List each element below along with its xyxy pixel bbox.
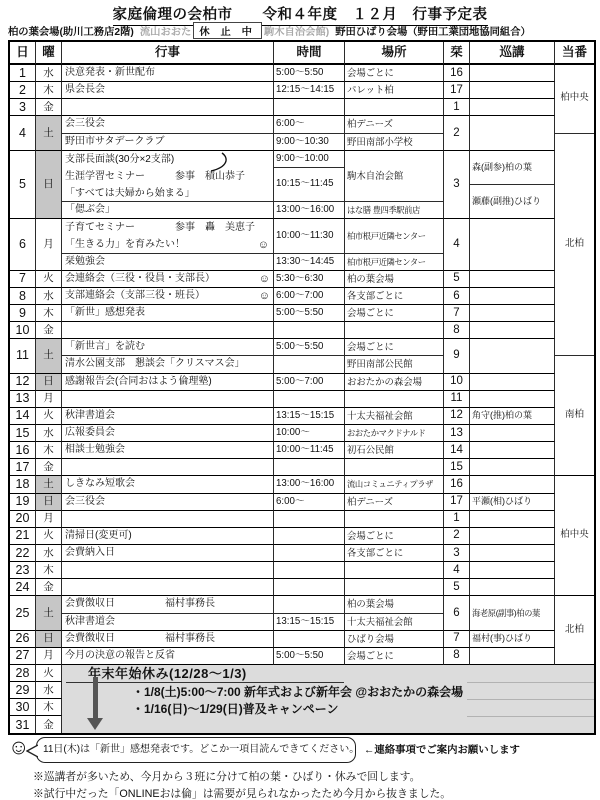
place-cell-r14: 各支部ごとに	[345, 288, 444, 305]
time-cell-r35: 5:00～5:50	[274, 648, 345, 665]
day-cell-r23: 16	[10, 442, 36, 459]
bookmark-cell-r17: 9	[444, 339, 470, 373]
bookmark-cell-r24: 15	[444, 459, 470, 476]
weekday-cell-r29: 水	[36, 545, 62, 562]
footnote-2: ※試行中だった「ONLINEおは倫」は需要が見られなかったため今月から抜きました…	[33, 786, 451, 800]
time-cell-r9: 13:00～16:00	[274, 202, 345, 219]
tour-cell-r26: 平瀬(相)ひばり	[470, 494, 555, 511]
tour-cell-r15	[470, 305, 555, 322]
day-cell-r20: 13	[10, 391, 36, 408]
time-cell-r12: 13:30～14:45	[274, 254, 345, 271]
tour-cell-r20	[470, 391, 555, 408]
place-cell-r6: 駒木自治会館	[345, 151, 444, 202]
speech-bubble: 11日(木)は「新世」感想発表です。どこか一項目読んできてください。	[36, 737, 356, 763]
duty-cell-r1: 柏中央	[555, 65, 594, 134]
event-cell-r6: 支部長面談(30分×2支部)生涯学習セミナー 参事 積山恭子「すべては夫婦から始…	[62, 151, 274, 202]
time-cell-r33: 13:15～15:15	[274, 614, 345, 631]
day-cell-r15: 9	[10, 305, 36, 322]
place-cell-r18: 野田南部公民館	[345, 356, 444, 373]
event-cell-r13: 会連絡会（三役・役員・支部長）☺	[62, 271, 274, 288]
tour-cell-r35	[470, 648, 555, 665]
time-cell-r1: 5:00～5:50	[274, 65, 345, 82]
time-cell-r17: 5:00～5:50	[274, 339, 345, 356]
day-cell-r28: 21	[10, 528, 36, 545]
weekday-cell-r10: 月	[36, 219, 62, 270]
weekday-cell-r6: 日	[36, 151, 62, 220]
day-cell-r21: 14	[10, 408, 36, 425]
yearend-underline	[66, 682, 344, 683]
day-cell-r39: 31	[10, 716, 36, 733]
place-cell-r9: はな膳 豊四季駅前店	[345, 202, 444, 219]
bookmark-cell-r29: 3	[444, 545, 470, 562]
place-cell-r35: 会場ごとに	[345, 648, 444, 665]
weekday-cell-r26: 日	[36, 494, 62, 511]
time-cell-r2: 12:15～14:15	[274, 82, 345, 99]
time-cell-r24	[274, 459, 345, 476]
event-cell-r29: 会費納入日	[62, 545, 274, 562]
bookmark-cell-r25: 16	[444, 476, 470, 493]
day-cell-r16: 10	[10, 322, 36, 339]
place-cell-r20	[345, 391, 444, 408]
weekday-cell-r15: 木	[36, 305, 62, 322]
bookmark-cell-r13: 5	[444, 271, 470, 288]
weekday-cell-r3: 金	[36, 99, 62, 116]
tour-cell-r8: 瀬藤(副推)ひばり	[470, 185, 555, 219]
yearend-bullet-2: ・1/16(日)～1/29(日)普及キャンペーン	[132, 701, 338, 718]
day-cell-r29: 22	[10, 545, 36, 562]
place-cell-r31	[345, 579, 444, 596]
weekday-cell-r31: 金	[36, 579, 62, 596]
event-cell-r4: 会三役会	[62, 116, 274, 133]
weekday-cell-r35: 月	[36, 648, 62, 665]
day-cell-r3: 3	[10, 99, 36, 116]
place-cell-r28: 会場ごとに	[345, 528, 444, 545]
place-cell-r25: 流山コミュニティプラザ	[345, 476, 444, 493]
column-header-duty: 当番	[555, 42, 594, 65]
time-cell-r31	[274, 579, 345, 596]
column-header-bookmark: 栞	[444, 42, 470, 65]
place-cell-r13: 柏の葉会場	[345, 271, 444, 288]
day-cell-r22: 15	[10, 425, 36, 442]
tour-cell-r1	[470, 65, 555, 82]
weekday-cell-r36: 火	[36, 665, 62, 682]
bookmark-cell-r34: 7	[444, 631, 470, 648]
event-cell-r30	[62, 562, 274, 579]
event-cell-r20	[62, 391, 274, 408]
place-cell-r26: 柏デニーズ	[345, 494, 444, 511]
place-cell-r17: 会場ごとに	[345, 339, 444, 356]
weekday-cell-r38: 木	[36, 699, 62, 716]
tour-cell-r21: 角守(推)柏の葉	[470, 408, 555, 425]
tour-cell-r32: 海老原(副事)柏の葉	[470, 596, 555, 630]
weekday-cell-r28: 火	[36, 528, 62, 545]
tour-cell-r2	[470, 82, 555, 99]
event-cell-r28: 清掃日(変更可)	[62, 528, 274, 545]
bookmark-cell-r14: 6	[444, 288, 470, 305]
time-cell-r13: 5:30～6:30	[274, 271, 345, 288]
event-cell-r35: 今月の決意の報告と反省	[62, 648, 274, 665]
column-header-event: 行事	[62, 42, 274, 65]
event-cell-r1: 決意発表・新世配布	[62, 65, 274, 82]
bookmark-cell-r26: 17	[444, 494, 470, 511]
time-cell-r30	[274, 562, 345, 579]
place-cell-r4: 柏デニーズ	[345, 116, 444, 133]
weekday-cell-r4: 土	[36, 116, 62, 150]
event-line-2: 「すべては夫婦から始まる」	[65, 185, 273, 202]
place-cell-r15: 会場ごとに	[345, 305, 444, 322]
place-cell-r10: 柏市根戸近隣センター	[345, 219, 444, 253]
tour-cell-r27	[470, 511, 555, 528]
event-cell-r31	[62, 579, 274, 596]
time-cell-r21: 13:15～15:15	[274, 408, 345, 425]
yearend-band: 年末年始休み(12/28～1/3)・1/8(土)5:00～7:00 新年式および…	[62, 665, 594, 734]
event-cell-r34: 会費徴収日 福村事務長	[62, 631, 274, 648]
venue-noda-hibari: 野田ひばり会場（野田工業団地協同組合）	[335, 23, 531, 38]
tour-cell-r14	[470, 288, 555, 305]
column-header-weekday: 曜	[36, 42, 62, 65]
place-cell-r33: 十太夫福祉会館	[345, 614, 444, 631]
time-cell-r32	[274, 596, 345, 613]
event-cell-r12: 栞勉強会	[62, 254, 274, 271]
event-cell-r24	[62, 459, 274, 476]
bookmark-cell-r3: 1	[444, 99, 470, 116]
tour-cell-r25	[470, 476, 555, 493]
place-cell-r12: 柏市根戸近隣センター	[345, 254, 444, 271]
place-cell-r32: 柏の葉会場	[345, 596, 444, 613]
event-cell-r21: 秋津書道会	[62, 408, 274, 425]
tour-cell-r6: 森(副参)柏の葉	[470, 151, 555, 185]
weekday-cell-r23: 木	[36, 442, 62, 459]
day-cell-r27: 20	[10, 511, 36, 528]
day-cell-r34: 26	[10, 631, 36, 648]
day-cell-r32: 25	[10, 596, 36, 630]
event-cell-r26: 会三役会	[62, 494, 274, 511]
bookmark-cell-r1: 16	[444, 65, 470, 82]
yearend-gridline-2	[467, 716, 594, 717]
event-cell-r14: 支部連絡会（支部三役・班長）☺	[62, 288, 274, 305]
footnote-1: ※巡講者が多いため、今月から３班に分けて柏の葉・ひばり・休みで回します。	[33, 769, 420, 784]
yearend-gridline-1	[467, 699, 594, 700]
weekday-cell-r21: 火	[36, 408, 62, 425]
venue-nagareyama-gray-left: 流山おおた	[140, 23, 191, 38]
bookmark-cell-r31: 5	[444, 579, 470, 596]
bubble-tail-icon	[26, 744, 38, 758]
time-cell-r14: 6:00～7:00	[274, 288, 345, 305]
weekday-cell-r25: 土	[36, 476, 62, 493]
time-cell-r19: 5:00～7:00	[274, 374, 345, 391]
weekday-cell-r32: 土	[36, 596, 62, 630]
event-line-1: 生涯学習セミナー 参事 積山恭子	[65, 168, 273, 185]
bookmark-cell-r20: 11	[444, 391, 470, 408]
weekday-cell-r27: 月	[36, 511, 62, 528]
day-cell-r26: 19	[10, 494, 36, 511]
place-cell-r34: ひばり会場	[345, 631, 444, 648]
place-cell-r19: おおたかの森会場	[345, 374, 444, 391]
day-cell-r10: 6	[10, 219, 36, 270]
time-cell-r4: 6:00～	[274, 116, 345, 133]
day-cell-r35: 27	[10, 648, 36, 665]
smiley-icon: ☺	[259, 272, 270, 287]
weekday-cell-r2: 木	[36, 82, 62, 99]
day-cell-r37: 29	[10, 682, 36, 699]
tour-cell-r3	[470, 99, 555, 116]
event-line-0: 支部長面談(30分×2支部)	[65, 151, 273, 168]
tour-cell-r19	[470, 374, 555, 391]
weekday-cell-r17: 土	[36, 339, 62, 373]
tour-cell-r23	[470, 442, 555, 459]
bookmark-cell-r16: 8	[444, 322, 470, 339]
event-cell-r5: 野田市サタデークラブ	[62, 134, 274, 151]
time-cell-r18	[274, 356, 345, 373]
schedule-document: 家庭倫理の会柏市 令和４年度 １２月 行事予定表 柏の葉会場(助川工務店2階) …	[0, 0, 600, 800]
smiley-icon: ☺	[259, 289, 270, 304]
place-cell-r16	[345, 322, 444, 339]
day-cell-r2: 2	[10, 82, 36, 99]
event-cell-r18: 清水公園支部 懇談会「クリスマス会」	[62, 356, 274, 373]
down-arrow-icon	[93, 677, 98, 719]
bubble-text: 11日(木)は「新世」感想発表です。どこか一項目読んできてください。	[43, 744, 359, 755]
bookmark-cell-r19: 10	[444, 374, 470, 391]
event-cell-r2: 県会長会	[62, 82, 274, 99]
weekday-cell-r34: 日	[36, 631, 62, 648]
time-cell-r34	[274, 631, 345, 648]
time-cell-r29	[274, 545, 345, 562]
day-cell-r17: 11	[10, 339, 36, 373]
bookmark-cell-r30: 4	[444, 562, 470, 579]
day-cell-r25: 18	[10, 476, 36, 493]
day-cell-r14: 8	[10, 288, 36, 305]
weekday-cell-r37: 水	[36, 682, 62, 699]
event-cell-r23: 相談士勉強会	[62, 442, 274, 459]
bookmark-cell-r10: 4	[444, 219, 470, 270]
venue-nagareyama-gray-right: 駒木自治会館)	[264, 23, 329, 38]
bookmark-cell-r23: 14	[444, 442, 470, 459]
event-cell-r9: 「偲ぶ会」	[62, 202, 274, 219]
event-cell-r19: 感謝報告会(合同おはよう倫理塾)	[62, 374, 274, 391]
event-cell-r16	[62, 322, 274, 339]
tour-cell-r31	[470, 579, 555, 596]
event-line-1: 「生きる力」を育みたい！	[65, 236, 273, 253]
tour-cell-r30	[470, 562, 555, 579]
weekday-cell-r19: 日	[36, 374, 62, 391]
time-cell-r22: 10:00～	[274, 425, 345, 442]
column-header-tour: 巡講	[470, 42, 555, 65]
day-cell-r24: 17	[10, 459, 36, 476]
place-cell-r2: パレット柏	[345, 82, 444, 99]
time-cell-r3	[274, 99, 345, 116]
day-cell-r31: 24	[10, 579, 36, 596]
time-cell-r6: 9:00～10:00	[274, 151, 345, 168]
tour-cell-r22	[470, 425, 555, 442]
place-cell-r27	[345, 511, 444, 528]
bookmark-cell-r35: 8	[444, 648, 470, 665]
event-cell-r25: しきなみ短歌会	[62, 476, 274, 493]
day-cell-r6: 5	[10, 151, 36, 220]
time-cell-r10: 10:00～11:30	[274, 219, 345, 253]
event-line-0: 子育てセミナー 参事 轟 美恵子	[65, 219, 273, 236]
day-cell-r13: 7	[10, 271, 36, 288]
column-header-day: 日	[10, 42, 36, 65]
weekday-cell-r16: 金	[36, 322, 62, 339]
venue-line: 柏の葉会場(助川工務店2階) 流山おおた 休 止 中 駒木自治会館) 野田ひばり…	[8, 22, 596, 39]
event-cell-r32: 会費徴収日 福村事務長	[62, 596, 274, 613]
tour-cell-r24	[470, 459, 555, 476]
event-cell-r27	[62, 511, 274, 528]
weekday-cell-r20: 月	[36, 391, 62, 408]
tour-cell-r17	[470, 339, 555, 373]
weekday-cell-r22: 水	[36, 425, 62, 442]
weekday-cell-r30: 木	[36, 562, 62, 579]
tour-cell-r13	[470, 271, 555, 288]
place-cell-r24	[345, 459, 444, 476]
event-cell-r22: 広報委員会	[62, 425, 274, 442]
place-cell-r21: 十太夫福祉会館	[345, 408, 444, 425]
place-cell-r30	[345, 562, 444, 579]
weekday-cell-r24: 金	[36, 459, 62, 476]
time-cell-r5: 9:00～10:30	[274, 134, 345, 151]
venue-kashiwanoha: 柏の葉会場(助川工務店2階)	[8, 23, 134, 38]
column-header-place: 場所	[345, 42, 444, 65]
time-cell-r20	[274, 391, 345, 408]
day-cell-r1: 1	[10, 65, 36, 82]
time-cell-r27	[274, 511, 345, 528]
duty-cell-r25: 柏中央	[555, 476, 594, 596]
yearend-gridline-0	[467, 682, 594, 683]
tour-cell-r29	[470, 545, 555, 562]
schedule-table: 日曜行事時間場所栞巡講当番1水決意発表・新世配布5:00～5:50会場ごとに16…	[8, 40, 596, 735]
event-cell-r33: 秋津書道会	[62, 614, 274, 631]
tour-cell-r4	[470, 116, 555, 150]
place-cell-r29: 各支部ごとに	[345, 545, 444, 562]
bookmark-cell-r6: 3	[444, 151, 470, 220]
day-cell-r4: 4	[10, 116, 36, 150]
time-cell-r16	[274, 322, 345, 339]
day-cell-r36: 28	[10, 665, 36, 682]
duty-cell-r18: 南柏	[555, 356, 594, 476]
time-cell-r28	[274, 528, 345, 545]
event-cell-r15: 「新世」感想発表	[62, 305, 274, 322]
day-cell-r19: 12	[10, 374, 36, 391]
smiley-icon: ☺	[258, 238, 269, 253]
column-header-time: 時間	[274, 42, 345, 65]
yearend-bullet-1: ・1/8(土)5:00～7:00 新年式および新年会 @おおたかの森会場	[132, 684, 463, 701]
contact-note: ←連絡事項でご案内お願いします	[364, 741, 520, 756]
place-cell-r1: 会場ごとに	[345, 65, 444, 82]
tour-cell-r16	[470, 322, 555, 339]
day-cell-r38: 30	[10, 699, 36, 716]
place-cell-r22: おおたかマクドナルド	[345, 425, 444, 442]
bookmark-cell-r21: 12	[444, 408, 470, 425]
bookmark-cell-r22: 13	[444, 425, 470, 442]
weekday-cell-r13: 火	[36, 271, 62, 288]
bookmark-cell-r32: 6	[444, 596, 470, 630]
place-cell-r23: 初石公民館	[345, 442, 444, 459]
tour-cell-r28	[470, 528, 555, 545]
time-cell-r23: 10:00～11:45	[274, 442, 345, 459]
duty-cell-r5: 北柏	[555, 134, 594, 357]
time-cell-r7: 10:15～11:45	[274, 168, 345, 202]
bookmark-cell-r15: 7	[444, 305, 470, 322]
time-cell-r25: 13:00～16:00	[274, 476, 345, 493]
bookmark-cell-r2: 17	[444, 82, 470, 99]
yearend-heading: 年末年始休み(12/28～1/3)	[88, 666, 247, 683]
down-arrow-head-icon	[87, 718, 103, 730]
bookmark-cell-r27: 1	[444, 511, 470, 528]
duty-cell-r32: 北柏	[555, 596, 594, 665]
bookmark-cell-r4: 2	[444, 116, 470, 150]
weekday-cell-r14: 水	[36, 288, 62, 305]
weekday-cell-r1: 水	[36, 65, 62, 82]
place-cell-r3	[345, 99, 444, 116]
place-cell-r5: 野田南部小学校	[345, 134, 444, 151]
tour-cell-r10	[470, 219, 555, 270]
weekday-cell-r39: 金	[36, 716, 62, 733]
event-cell-r10: 子育てセミナー 参事 轟 美恵子「生きる力」を育みたい！☺	[62, 219, 274, 253]
tour-cell-r34: 福村(事)ひばり	[470, 631, 555, 648]
event-cell-r3	[62, 99, 274, 116]
day-cell-r30: 23	[10, 562, 36, 579]
time-cell-r15: 5:00～5:50	[274, 305, 345, 322]
bookmark-cell-r28: 2	[444, 528, 470, 545]
suspended-stamp: 休 止 中	[193, 22, 262, 39]
time-cell-r26: 6:00～	[274, 494, 345, 511]
event-cell-r17: 「新世言」を読む	[62, 339, 274, 356]
